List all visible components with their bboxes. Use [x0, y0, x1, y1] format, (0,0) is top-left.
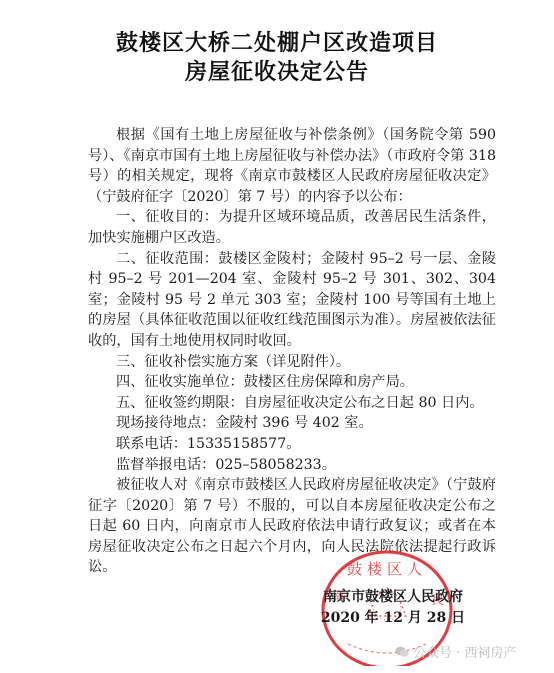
- scope-paragraph: 二、征收范围：鼓楼区金陵村；金陵村 95–2 号一层、金陵村 95–2 号 20…: [88, 249, 496, 352]
- wechat-icon: [395, 646, 409, 658]
- contact-phone-line: 联系电话：15335158577。: [88, 434, 496, 455]
- signature-block: 南京市鼓楼区人民政府 2020 年 12 月 28 日: [318, 587, 468, 629]
- notice-body: 根据《国有土地上房屋征收与补偿条例》（国务院令第 590 号）、《南京市国有土地…: [88, 125, 496, 578]
- compensation-plan-line: 三、征收补偿实施方案（详见附件）。: [88, 352, 496, 373]
- purpose-paragraph: 一、征收目的：为提升区域环境品质，改善居民生活条件，加快实施棚户区改造。: [88, 207, 496, 248]
- svg-text:鼓楼区人: 鼓楼区人: [347, 560, 427, 578]
- watermark: 公众号 · 西祠房产: [395, 642, 516, 661]
- issue-date: 2020 年 12 月 28 日: [318, 608, 468, 629]
- report-phone-line: 监督举报电话：025–58058233。: [88, 455, 496, 476]
- reception-location-line: 现场接待地点：金陵村 396 号 402 室。: [88, 413, 496, 434]
- notice-title-line2: 房屋征收决定公告: [0, 55, 554, 86]
- issuer-name: 南京市鼓楼区人民政府: [318, 587, 468, 608]
- notice-title-line1: 鼓楼区大桥二处棚户区改造项目: [0, 26, 554, 57]
- intro-paragraph: 根据《国有土地上房屋征收与补偿条例》（国务院令第 590 号）、《南京市国有土地…: [88, 125, 496, 207]
- signing-period-line: 五、征收签约期限：自房屋征收决定公布之日起 80 日内。: [88, 393, 496, 414]
- watermark-text: 公众号 · 西祠房产: [413, 642, 516, 661]
- implementing-unit-line: 四、征收实施单位：鼓楼区住房保障和房产局。: [88, 372, 496, 393]
